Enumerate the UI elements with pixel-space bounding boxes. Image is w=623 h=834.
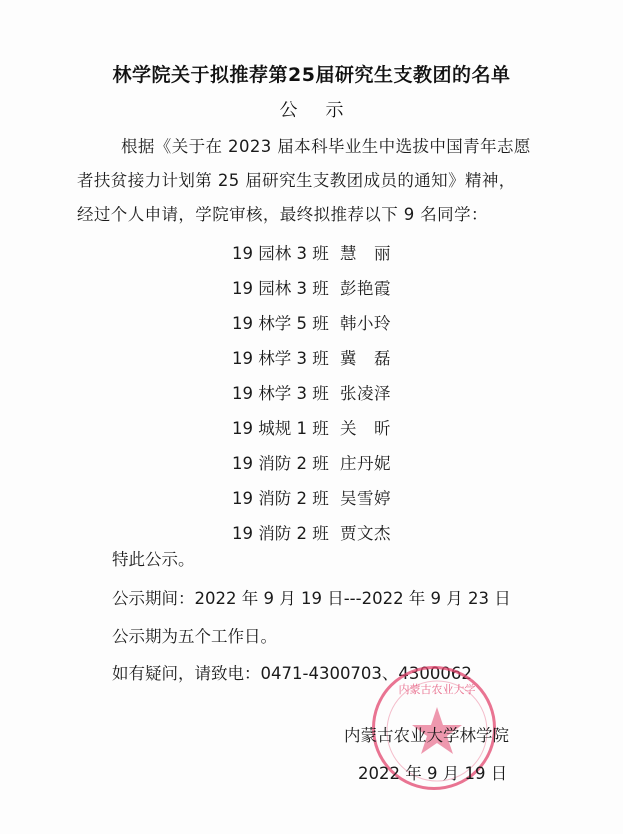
intro-line-2: 者扶贫接力计划第 25 届研究生支教团成员的通知》精神， (77, 164, 557, 198)
candidate-list: 19 园林 3 班 慧 丽 19 园林 3 班 彭艳霞 19 林学 5 班 韩小… (232, 236, 410, 551)
candidate-name: 庄丹妮 (340, 446, 410, 481)
candidate-name: 张凌泽 (340, 376, 410, 411)
candidate-row: 19 林学 3 班 张凌泽 (232, 376, 410, 411)
candidate-name: 吴雪婷 (340, 481, 410, 516)
candidate-row: 19 消防 2 班 庄丹妮 (232, 446, 410, 481)
candidate-row: 19 园林 3 班 彭艳霞 (232, 271, 410, 306)
signature-date: 2022 年 9 月 19 日 (358, 760, 507, 784)
candidate-name: 彭艳霞 (340, 271, 410, 306)
candidate-name: 慧 丽 (340, 236, 410, 271)
intro-line-1: 根据《关于在 2023 届本科毕业生中选拔中国青年志愿 (77, 130, 557, 164)
document-subtitle: 公示 (0, 96, 623, 122)
candidate-class: 19 园林 3 班 (232, 236, 340, 271)
candidate-name: 贾文杰 (340, 516, 410, 551)
candidate-row: 19 林学 5 班 韩小玲 (232, 306, 410, 341)
candidate-class: 19 消防 2 班 (232, 446, 340, 481)
candidate-name: 冀 磊 (340, 341, 410, 376)
candidate-row: 19 城规 1 班 关 昕 (232, 411, 410, 446)
signature-organization: 内蒙古农业大学林学院 (344, 722, 509, 746)
candidate-class: 19 消防 2 班 (232, 516, 340, 551)
subtitle-char-2: 示 (326, 100, 344, 121)
candidate-class: 19 林学 3 班 (232, 341, 340, 376)
candidate-class: 19 园林 3 班 (232, 271, 340, 306)
document-title: 林学院关于拟推荐第25届研究生支教团的名单 (0, 60, 623, 87)
candidate-class: 19 城规 1 班 (232, 411, 340, 446)
svg-text:内蒙古农业大学: 内蒙古农业大学 (399, 682, 476, 696)
candidate-row: 19 林学 3 班 冀 磊 (232, 341, 410, 376)
candidate-name: 关 昕 (340, 411, 410, 446)
candidate-row: 19 园林 3 班 慧 丽 (232, 236, 410, 271)
publicity-period-note: 公示期为五个工作日。 (112, 623, 277, 647)
candidate-class: 19 林学 5 班 (232, 306, 340, 341)
candidate-row: 19 消防 2 班 吴雪婷 (232, 481, 410, 516)
candidate-row: 19 消防 2 班 贾文杰 (232, 516, 410, 551)
candidate-name: 韩小玲 (340, 306, 410, 341)
publicity-period: 公示期间：2022 年 9 月 19 日---2022 年 9 月 23 日 (112, 585, 511, 609)
candidate-class: 19 消防 2 班 (232, 481, 340, 516)
candidate-class: 19 林学 3 班 (232, 376, 340, 411)
intro-paragraph: 根据《关于在 2023 届本科毕业生中选拔中国青年志愿 者扶贫接力计划第 25 … (77, 130, 557, 232)
document-page: 林学院关于拟推荐第25届研究生支教团的名单 公示 根据《关于在 2023 届本科… (0, 0, 623, 834)
subtitle-char-1: 公 (280, 100, 298, 121)
intro-line-3: 经过个人申请，学院审核，最终拟推荐以下 9 名同学： (77, 198, 557, 232)
closing-text: 特此公示。 (112, 546, 195, 570)
